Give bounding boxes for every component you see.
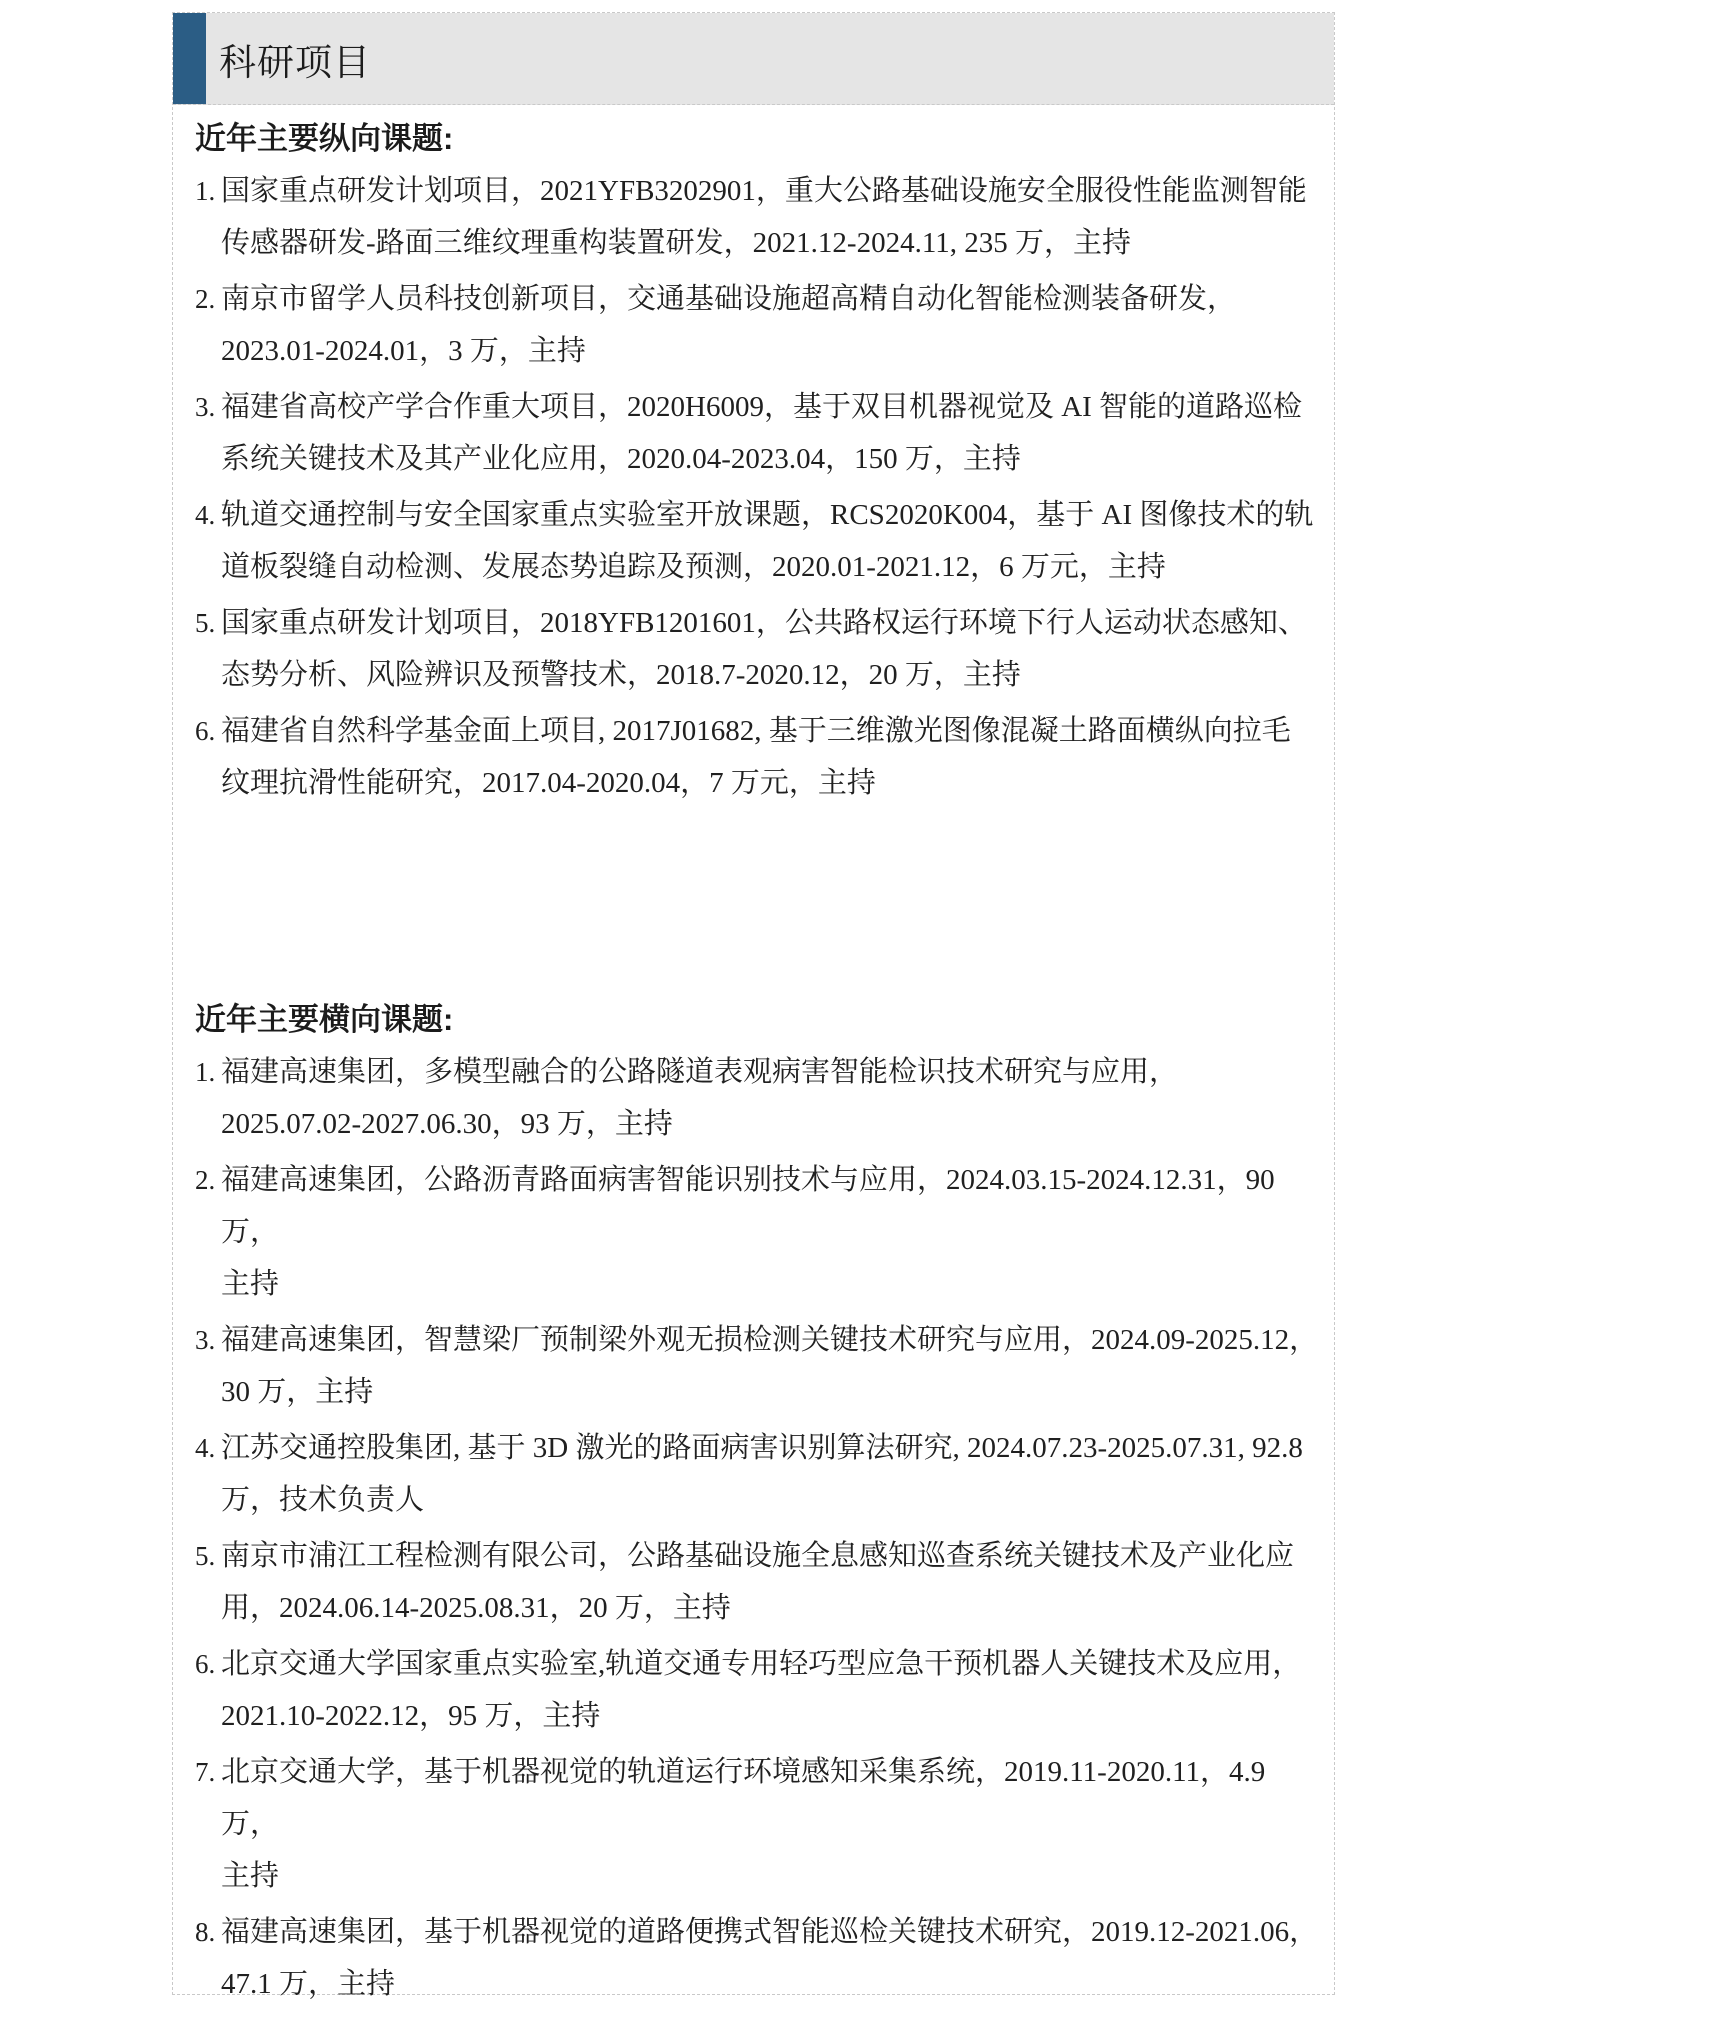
list-item-text: 福建高速集团，公路沥青路面病害智能识别技术与应用，2024.03.15-2024… <box>221 1154 1328 1310</box>
list-item-number: 1. <box>195 165 221 217</box>
list-item-line: 北京交通大学，基于机器视觉的轨道运行环境感知采集系统，2019.11-2020.… <box>221 1746 1328 1850</box>
list-item-number: 3. <box>195 1314 221 1366</box>
list-item-line: 道板裂缝自动检测、发展态势追踪及预测，2020.01-2021.12，6 万元，… <box>221 541 1328 593</box>
list-item-line: 南京市浦江工程检测有限公司，公路基础设施全息感知巡查系统关键技术及产业化应 <box>221 1530 1328 1582</box>
list-item-line: 福建省自然科学基金面上项目, 2017J01682, 基于三维激光图像混凝土路面… <box>221 705 1328 757</box>
list-item-text: 福建高速集团，基于机器视觉的道路便携式智能巡检关键技术研究，2019.12-20… <box>221 1906 1328 2010</box>
section-heading: 近年主要横向课题: <box>195 994 1328 1046</box>
project-section: 近年主要横向课题: 1. 福建高速集团，多模型融合的公路隧道表观病害智能检识技术… <box>195 994 1328 2010</box>
section-heading: 近年主要纵向课题: <box>195 113 1328 165</box>
list-item-line: 2025.07.02-2027.06.30，93 万，主持 <box>221 1098 1328 1150</box>
project-list-item: 1. 国家重点研发计划项目，2021YFB3202901，重大公路基础设施安全服… <box>195 165 1328 269</box>
project-list-item: 1. 福建高速集团，多模型融合的公路隧道表观病害智能检识技术研究与应用，2025… <box>195 1046 1328 1150</box>
project-list-item: 4. 江苏交通控股集团, 基于 3D 激光的路面病害识别算法研究, 2024.0… <box>195 1422 1328 1526</box>
list-item-text: 江苏交通控股集团, 基于 3D 激光的路面病害识别算法研究, 2024.07.2… <box>221 1422 1328 1526</box>
list-item-text: 福建高速集团，多模型融合的公路隧道表观病害智能检识技术研究与应用，2025.07… <box>221 1046 1328 1150</box>
list-item-line: 主持 <box>221 1258 1328 1310</box>
list-item-line: 福建高速集团，公路沥青路面病害智能识别技术与应用，2024.03.15-2024… <box>221 1154 1328 1258</box>
project-list-item: 7. 北京交通大学，基于机器视觉的轨道运行环境感知采集系统，2019.11-20… <box>195 1746 1328 1902</box>
project-list: 1. 国家重点研发计划项目，2021YFB3202901，重大公路基础设施安全服… <box>195 165 1328 809</box>
list-item-line: 南京市留学人员科技创新项目，交通基础设施超高精自动化智能检测装备研发， <box>221 273 1328 325</box>
list-item-line: 福建省高校产学合作重大项目，2020H6009，基于双目机器视觉及 AI 智能的… <box>221 381 1328 433</box>
project-list-item: 4. 轨道交通控制与安全国家重点实验室开放课题，RCS2020K004，基于 A… <box>195 489 1328 593</box>
project-list-item: 6. 北京交通大学国家重点实验室,轨道交通专用轻巧型应急干预机器人关键技术及应用… <box>195 1638 1328 1742</box>
list-item-line: 2021.10-2022.12，95 万，主持 <box>221 1690 1328 1742</box>
list-item-line: 国家重点研发计划项目，2021YFB3202901，重大公路基础设施安全服役性能… <box>221 165 1328 217</box>
list-item-line: 30 万，主持 <box>221 1366 1328 1418</box>
panel-body: 近年主要纵向课题: 1. 国家重点研发计划项目，2021YFB3202901，重… <box>173 105 1334 2010</box>
list-item-number: 2. <box>195 273 221 325</box>
list-item-line: 国家重点研发计划项目，2018YFB1201601，公共路权运行环境下行人运动状… <box>221 597 1328 649</box>
list-item-number: 4. <box>195 1422 221 1474</box>
list-item-text: 福建省自然科学基金面上项目, 2017J01682, 基于三维激光图像混凝土路面… <box>221 705 1328 809</box>
project-list-item: 3. 福建省高校产学合作重大项目，2020H6009，基于双目机器视觉及 AI … <box>195 381 1328 485</box>
list-item-line: 2023.01-2024.01，3 万，主持 <box>221 325 1328 377</box>
list-item-line: 传感器研发-路面三维纹理重构装置研发，2021.12-2024.11, 235 … <box>221 217 1328 269</box>
list-item-text: 南京市留学人员科技创新项目，交通基础设施超高精自动化智能检测装备研发，2023.… <box>221 273 1328 377</box>
list-item-number: 8. <box>195 1906 221 1958</box>
list-item-number: 1. <box>195 1046 221 1098</box>
research-projects-panel: 科研项目 近年主要纵向课题: 1. 国家重点研发计划项目，2021YFB3202… <box>172 12 1335 1995</box>
list-item-text: 福建省高校产学合作重大项目，2020H6009，基于双目机器视觉及 AI 智能的… <box>221 381 1328 485</box>
list-item-line: 福建高速集团，基于机器视觉的道路便携式智能巡检关键技术研究，2019.12-20… <box>221 1906 1328 1958</box>
list-item-number: 2. <box>195 1154 221 1206</box>
list-item-line: 用，2024.06.14-2025.08.31，20 万，主持 <box>221 1582 1328 1634</box>
list-item-text: 国家重点研发计划项目，2021YFB3202901，重大公路基础设施安全服役性能… <box>221 165 1328 269</box>
list-item-number: 6. <box>195 705 221 757</box>
project-section: 近年主要纵向课题: 1. 国家重点研发计划项目，2021YFB3202901，重… <box>195 113 1328 809</box>
panel-header: 科研项目 <box>173 13 1334 105</box>
list-item-number: 4. <box>195 489 221 541</box>
list-item-line: 轨道交通控制与安全国家重点实验室开放课题，RCS2020K004，基于 AI 图… <box>221 489 1328 541</box>
list-item-line: 47.1 万，主持 <box>221 1958 1328 2010</box>
project-list-item: 5. 国家重点研发计划项目，2018YFB1201601，公共路权运行环境下行人… <box>195 597 1328 701</box>
list-item-number: 5. <box>195 597 221 649</box>
list-item-text: 南京市浦江工程检测有限公司，公路基础设施全息感知巡查系统关键技术及产业化应用，2… <box>221 1530 1328 1634</box>
list-item-line: 福建高速集团，多模型融合的公路隧道表观病害智能检识技术研究与应用， <box>221 1046 1328 1098</box>
list-item-line: 北京交通大学国家重点实验室,轨道交通专用轻巧型应急干预机器人关键技术及应用， <box>221 1638 1328 1690</box>
list-item-text: 国家重点研发计划项目，2018YFB1201601，公共路权运行环境下行人运动状… <box>221 597 1328 701</box>
project-list-item: 5. 南京市浦江工程检测有限公司，公路基础设施全息感知巡查系统关键技术及产业化应… <box>195 1530 1328 1634</box>
list-item-line: 主持 <box>221 1850 1328 1902</box>
list-item-number: 7. <box>195 1746 221 1798</box>
project-list-item: 6. 福建省自然科学基金面上项目, 2017J01682, 基于三维激光图像混凝… <box>195 705 1328 809</box>
project-list-item: 2. 福建高速集团，公路沥青路面病害智能识别技术与应用，2024.03.15-2… <box>195 1154 1328 1310</box>
list-item-line: 系统关键技术及其产业化应用，2020.04-2023.04，150 万，主持 <box>221 433 1328 485</box>
page-title: 科研项目 <box>219 32 371 86</box>
list-item-text: 福建高速集团，智慧梁厂预制梁外观无损检测关键技术研究与应用，2024.09-20… <box>221 1314 1328 1418</box>
list-item-line: 万，技术负责人 <box>221 1474 1328 1526</box>
list-item-number: 3. <box>195 381 221 433</box>
list-item-line: 江苏交通控股集团, 基于 3D 激光的路面病害识别算法研究, 2024.07.2… <box>221 1422 1328 1474</box>
project-list-item: 3. 福建高速集团，智慧梁厂预制梁外观无损检测关键技术研究与应用，2024.09… <box>195 1314 1328 1418</box>
list-item-line: 态势分析、风险辨识及预警技术，2018.7-2020.12，20 万，主持 <box>221 649 1328 701</box>
header-accent-bar <box>173 13 206 104</box>
project-list: 1. 福建高速集团，多模型融合的公路隧道表观病害智能检识技术研究与应用，2025… <box>195 1046 1328 2010</box>
list-item-number: 6. <box>195 1638 221 1690</box>
list-item-text: 北京交通大学，基于机器视觉的轨道运行环境感知采集系统，2019.11-2020.… <box>221 1746 1328 1902</box>
project-list-item: 2. 南京市留学人员科技创新项目，交通基础设施超高精自动化智能检测装备研发，20… <box>195 273 1328 377</box>
list-item-text: 轨道交通控制与安全国家重点实验室开放课题，RCS2020K004，基于 AI 图… <box>221 489 1328 593</box>
list-item-text: 北京交通大学国家重点实验室,轨道交通专用轻巧型应急干预机器人关键技术及应用，20… <box>221 1638 1328 1742</box>
list-item-line: 福建高速集团，智慧梁厂预制梁外观无损检测关键技术研究与应用，2024.09-20… <box>221 1314 1328 1366</box>
list-item-number: 5. <box>195 1530 221 1582</box>
list-item-line: 纹理抗滑性能研究，2017.04-2020.04，7 万元，主持 <box>221 757 1328 809</box>
project-list-item: 8. 福建高速集团，基于机器视觉的道路便携式智能巡检关键技术研究，2019.12… <box>195 1906 1328 2010</box>
